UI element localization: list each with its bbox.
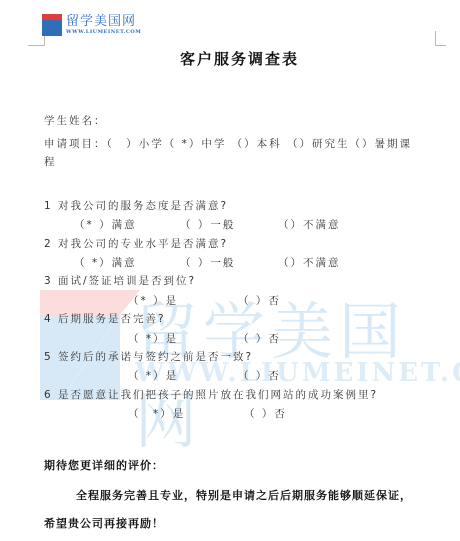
q4-option-yes[interactable]: （ *）是: [128, 331, 178, 346]
question-6: 6 是否愿意让我们把孩子的照片放在我们网站的成功案例里?: [44, 387, 378, 402]
margin-corner-mark: [435, 31, 446, 46]
student-name-label: 学生姓名：: [44, 113, 107, 128]
question-3: 3 面试/签证培训是否到位?: [44, 273, 196, 288]
question-5: 5 签约后的承诺与签约之前是否一致?: [44, 349, 253, 364]
program-options-line-continued: 程: [44, 154, 57, 169]
document-title: 客户服务调查表: [180, 48, 299, 69]
logo-icon: [42, 14, 62, 36]
question-1: 1 对我公司的服务态度是否满意?: [44, 198, 228, 213]
q1-option-average[interactable]: （ ）一般: [180, 217, 235, 232]
logo-name: 留学美国网: [66, 15, 141, 29]
question-4: 4 后期服务是否完善?: [44, 311, 166, 326]
document-page: 留学美国网 WWW.LIUMEINET.COM 留学美国网 WWW.LIUMEI…: [0, 0, 460, 541]
q1-option-satisfied[interactable]: （* ）满意: [74, 217, 137, 232]
q6-option-yes[interactable]: （ *）是: [128, 406, 185, 421]
comment-text-line-1: 全程服务完善且专业，特别是申请之后后期服务能够顺延保证，: [76, 487, 412, 503]
comment-text-line-2: 希望贵公司再接再励！: [44, 515, 164, 531]
q3-option-yes[interactable]: （* ）是: [128, 293, 178, 308]
site-logo: 留学美国网 WWW.LIUMEINET.COM: [42, 14, 141, 36]
q3-option-no[interactable]: （ ）否: [238, 293, 281, 308]
comment-label: 期待您更详细的评价：: [44, 457, 164, 473]
q5-option-no[interactable]: （ ）否: [238, 368, 281, 383]
q2-option-satisfied[interactable]: （ *）满意: [74, 255, 137, 270]
question-2: 2 对我公司的专业水平是否满意?: [44, 236, 228, 251]
q1-option-unsatisfied[interactable]: （）不满意: [278, 217, 341, 232]
q4-option-no[interactable]: （ ）否: [238, 331, 281, 346]
q2-option-average[interactable]: （ ）一般: [180, 255, 235, 270]
logo-url: WWW.LIUMEINET.COM: [66, 29, 141, 35]
watermark-name: 留学美国网: [135, 282, 440, 460]
program-options-line: 申请项目：（ ）小学（ *）中学 （）本科 （）研究生（）暑期课: [44, 136, 412, 151]
q2-option-unsatisfied[interactable]: （）不满意: [278, 255, 341, 270]
q5-option-yes[interactable]: （ *）是: [128, 368, 178, 383]
q6-option-no[interactable]: （ ）否: [244, 406, 287, 421]
